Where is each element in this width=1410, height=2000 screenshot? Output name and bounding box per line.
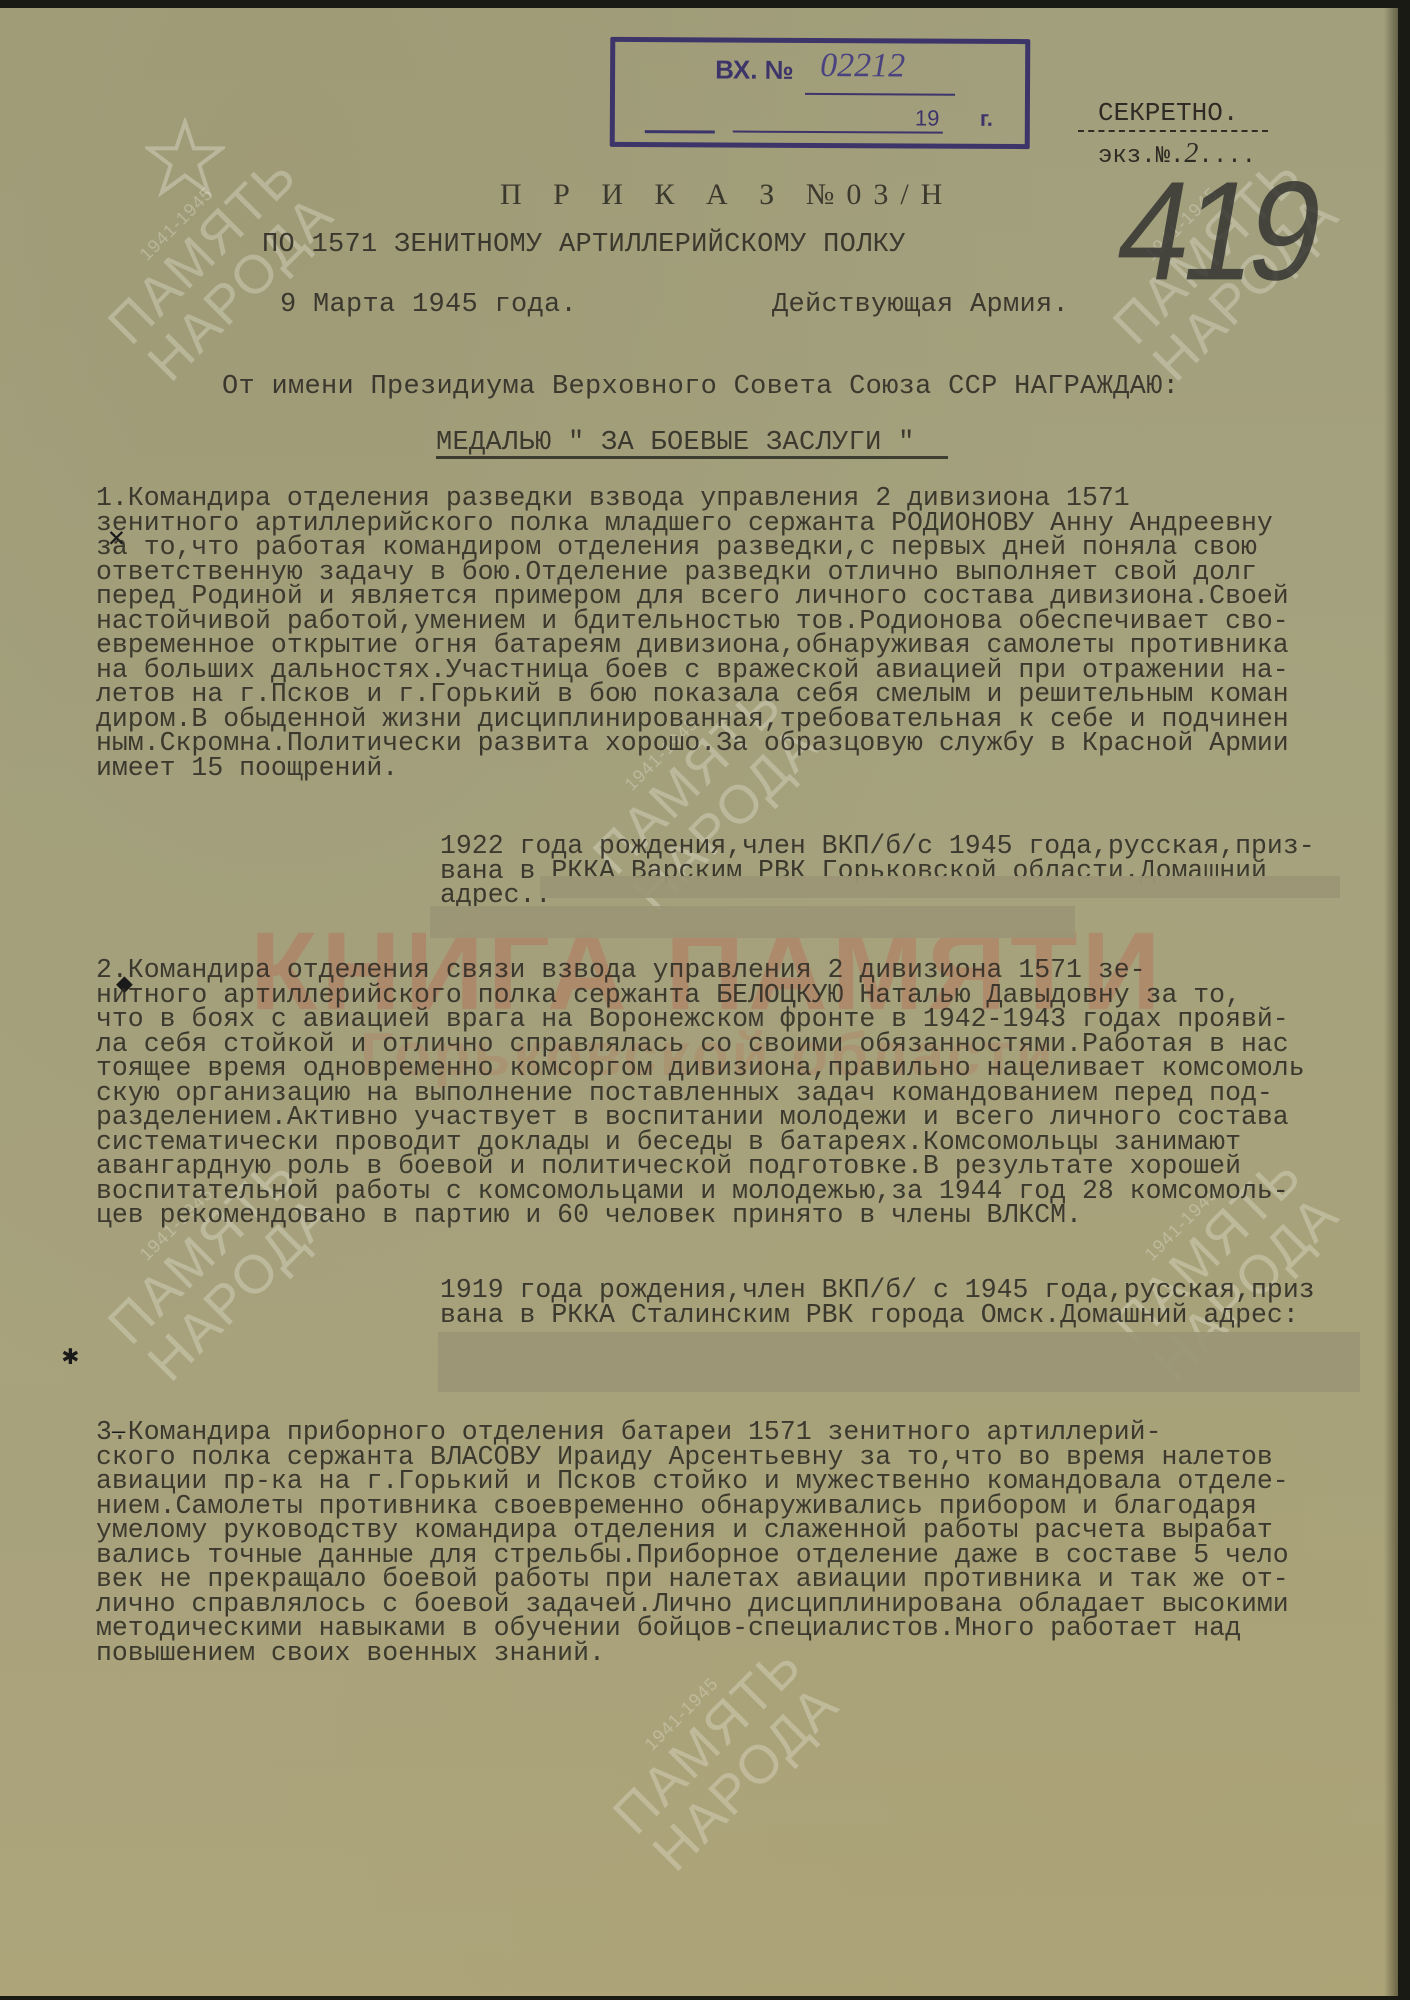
stamp-month-line [733, 131, 943, 134]
award-name: МЕДАЛЬЮ " ЗА БОЕВЫЕ ЗАСЛУГИ " [436, 428, 915, 458]
classification-label: СЕКРЕТНО. [1098, 98, 1238, 128]
red-star-watermark-icon [145, 118, 225, 198]
stamp-day-line [645, 130, 715, 133]
redacted-address [438, 1332, 1360, 1392]
archival-document-page: 1941-1945 ПАМЯТЬ НАРОДА 1941-1945 ПАМЯТЬ… [0, 8, 1398, 1996]
order-subtitle: ПО 1571 ЗЕНИТНОМУ АРТИЛЛЕРИЙСКОМУ ПОЛКУ [262, 230, 906, 260]
order-location: Действующая Армия. [772, 290, 1069, 320]
award-underline [436, 456, 948, 459]
presidium-line: От имени Президиума Верховного Совета Со… [222, 372, 1179, 402]
pencil-page-number: 419 [1106, 151, 1330, 313]
order-date: 9 Марта 1945 года. [280, 290, 577, 320]
margin-ink-blot-icon: ✱ [62, 1338, 79, 1373]
stamp-number-line [805, 93, 955, 96]
award-entry-1: 1.Командира отделения разведки взвода уп… [96, 486, 1376, 780]
stamp-number: 02212 [820, 47, 905, 85]
award-entry-3: 3.Командира приборного отделения батареи… [96, 1420, 1376, 1665]
stamp-year: 19 [915, 105, 940, 131]
award-entry-2-bio: 1919 года рождения,член ВКП/б/ с 1945 го… [440, 1278, 1380, 1327]
order-title: П Р И К А З №03/Н [500, 178, 954, 212]
stamp-label: ВХ. № [715, 54, 794, 85]
stamp-year-suffix: г. [980, 106, 993, 132]
award-entry-2: 2.Командира отделения связи взвода управ… [96, 958, 1376, 1228]
incoming-registration-stamp: ВХ. № 02212 19 г. [610, 37, 1031, 149]
classification-divider [1078, 130, 1268, 132]
redacted-address [540, 876, 1340, 898]
redacted-address [430, 906, 1075, 938]
